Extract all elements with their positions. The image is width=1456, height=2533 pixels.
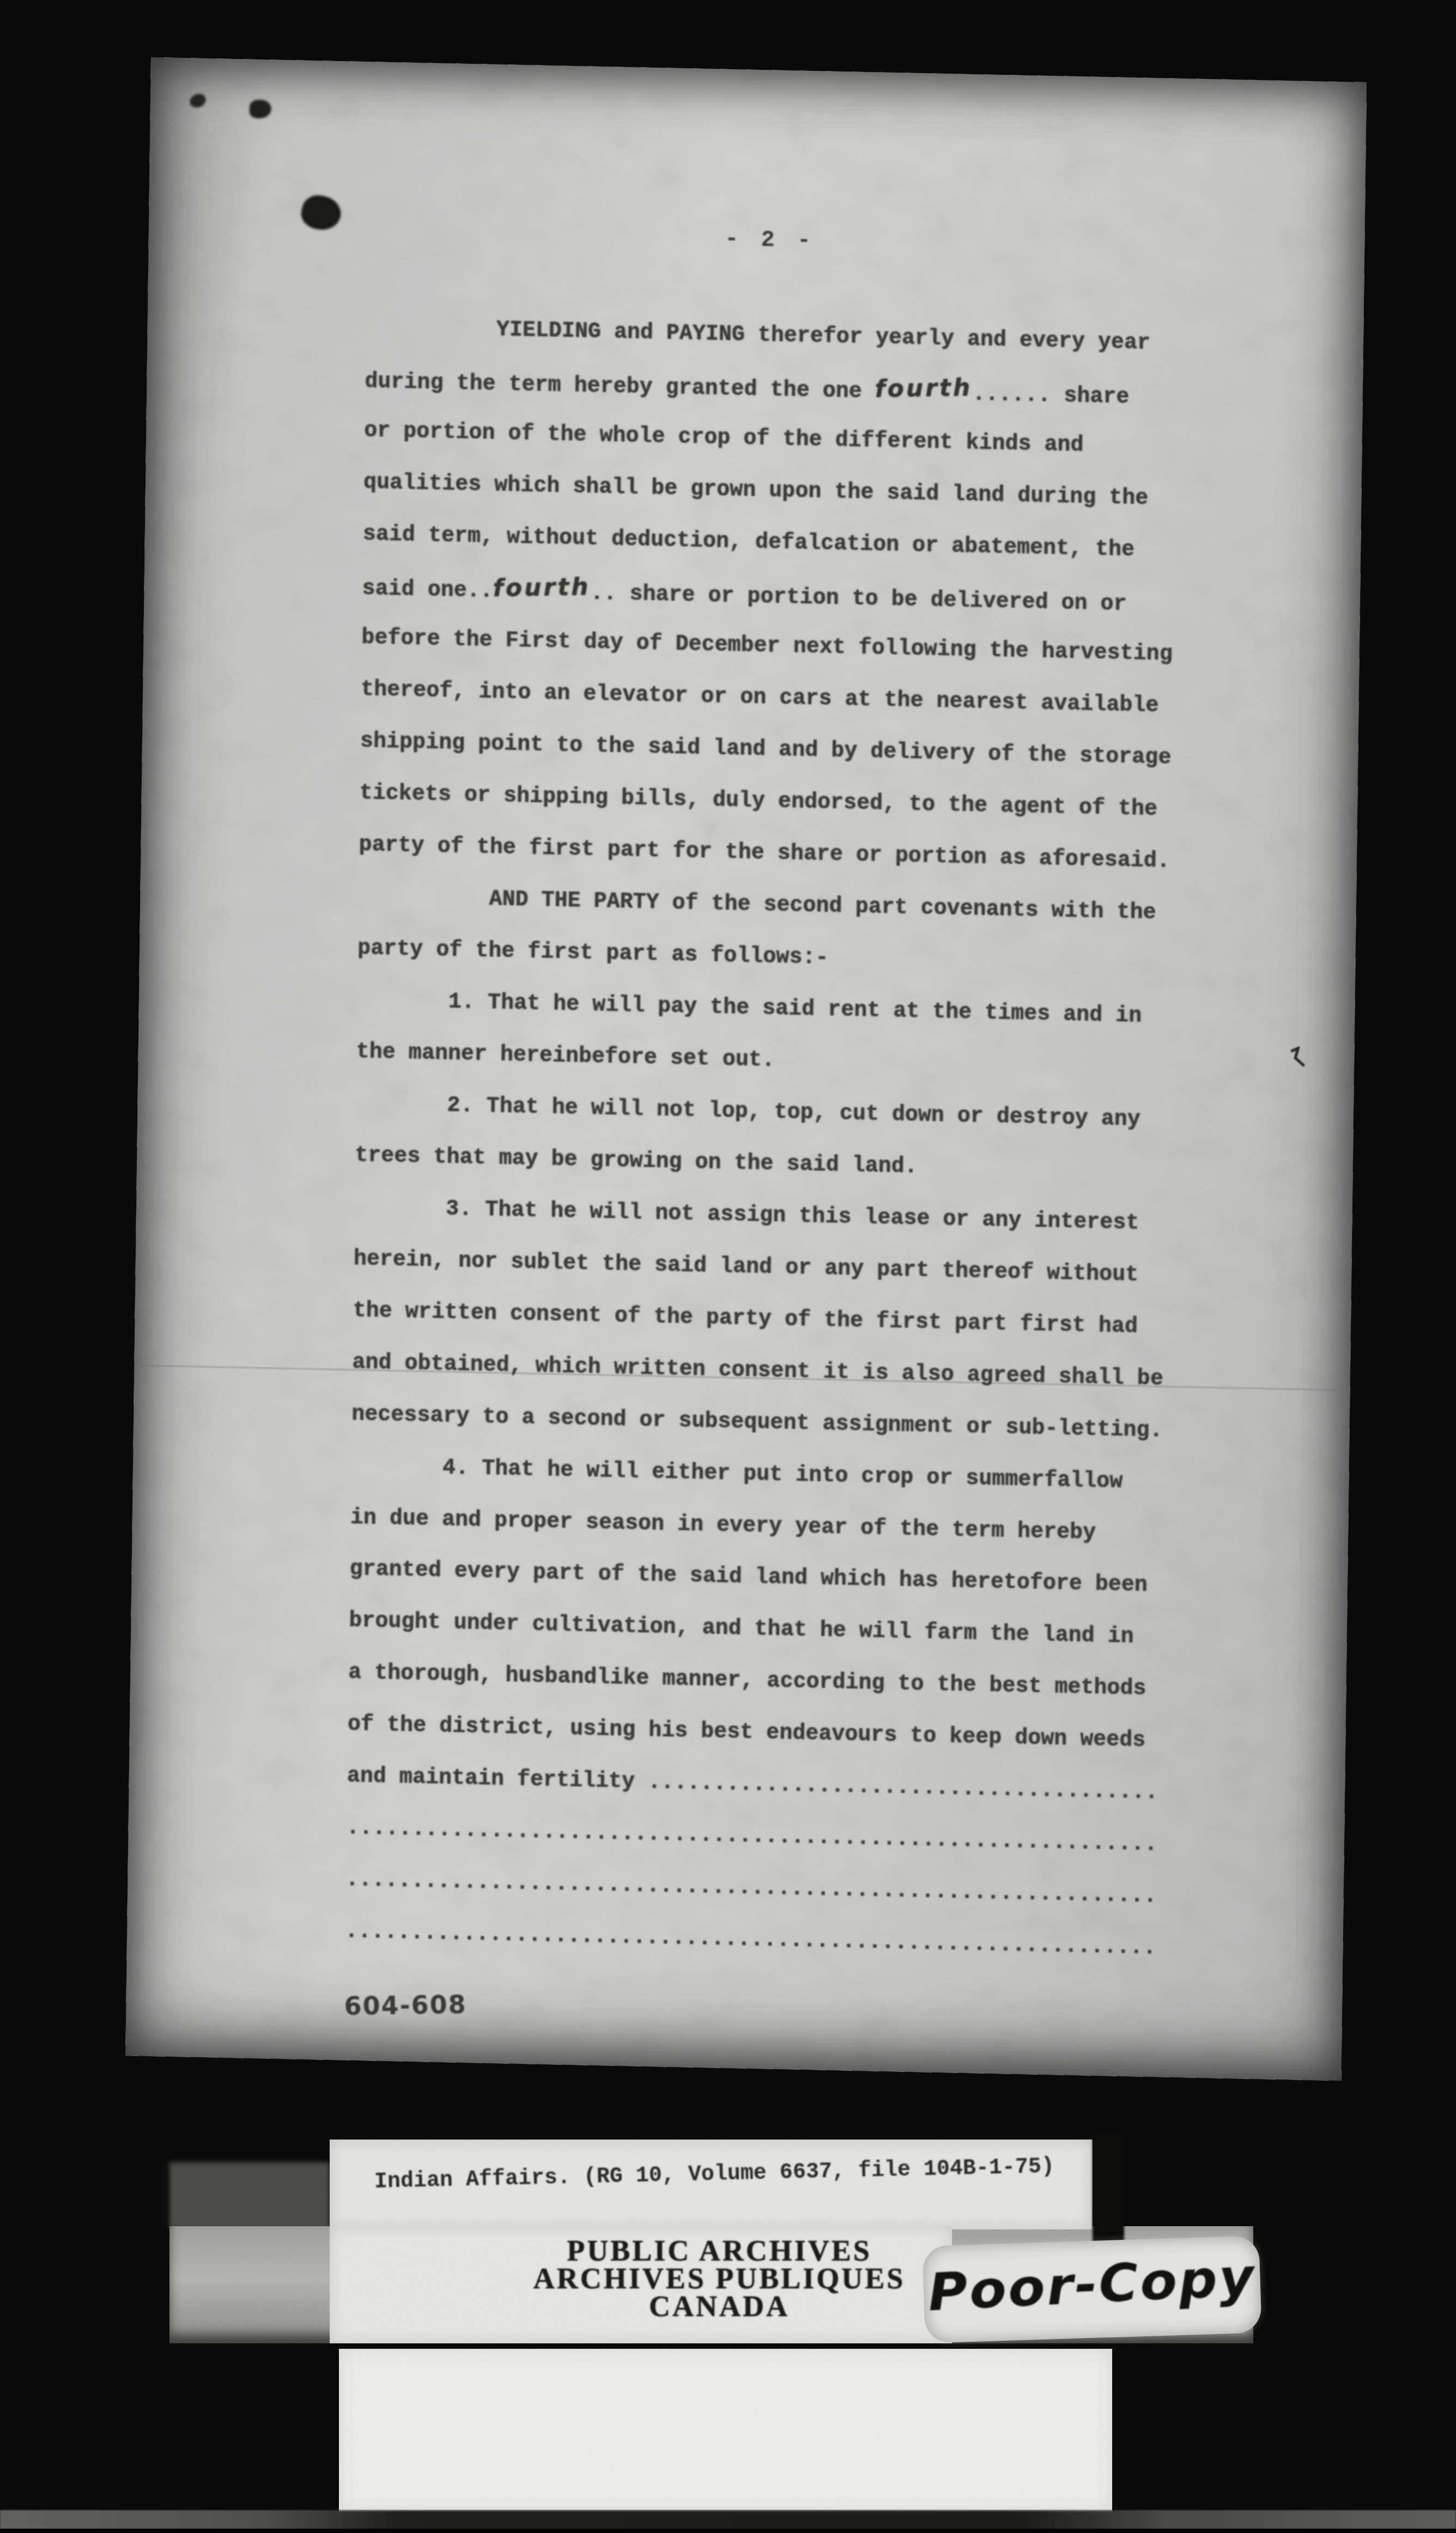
poor-copy-stamp: Poor-Copy bbox=[915, 2247, 1268, 2324]
backing-strip-tab bbox=[169, 2162, 330, 2229]
page-number: - 2 - bbox=[367, 219, 1174, 261]
typed-text: .. share or portion to be delivered on o… bbox=[590, 581, 1127, 617]
typed-text: of the district, using his best endeavou… bbox=[348, 1712, 1146, 1753]
typed-text: herein, nor sublet the said land or any … bbox=[354, 1247, 1139, 1288]
typed-text: trees that may be growing on the said la… bbox=[355, 1143, 918, 1179]
typed-text: ........................................… bbox=[345, 1919, 1156, 1961]
document-page: - 2 - YIELDING and PAYING therefor yearl… bbox=[125, 57, 1367, 2081]
typed-text: granted every part of the said land whic… bbox=[349, 1558, 1148, 1598]
typed-text: YIELDING and PAYING therefor yearly and … bbox=[496, 318, 1151, 356]
typed-text: ........................................… bbox=[346, 1816, 1157, 1857]
typed-text: 4. That he will either put into crop or … bbox=[442, 1456, 1123, 1494]
typed-text: the written consent of the party of the … bbox=[353, 1299, 1138, 1340]
typed-text: in due and proper season in every year o… bbox=[350, 1506, 1096, 1546]
typed-text: ........................................… bbox=[345, 1868, 1157, 1909]
handwritten-page-range: 604-608 bbox=[344, 1990, 467, 2021]
typed-text: AND THE PARTY of the second part covenan… bbox=[489, 887, 1156, 925]
typed-text: the manner hereinbefore set out. bbox=[356, 1040, 775, 1073]
typed-text-block: YIELDING and PAYING therefor yearly and … bbox=[345, 301, 1189, 1974]
typed-text: party of the first part for the share or… bbox=[359, 833, 1170, 874]
handwritten-insert: fourth bbox=[493, 561, 591, 615]
typed-text: brought under cultivation, and that he w… bbox=[349, 1609, 1134, 1650]
scan-background: - 2 - YIELDING and PAYING therefor yearl… bbox=[0, 0, 1456, 2533]
bottom-blank-sheet bbox=[339, 2349, 1112, 2512]
typed-text: and maintain fertility .................… bbox=[347, 1764, 1158, 1805]
stamp-line-french: ARCHIVES PUBLIQUES bbox=[509, 2265, 929, 2293]
typed-text: ...... share bbox=[972, 382, 1130, 410]
typed-text: or portion of the whole crop of the diff… bbox=[364, 419, 1084, 458]
ink-blob bbox=[298, 192, 344, 234]
typed-text: party of the first part as follows:- bbox=[357, 936, 829, 971]
stamp-line-country: CANADA bbox=[509, 2293, 929, 2320]
typed-text: thereof, into an elevator or on cars at … bbox=[361, 677, 1159, 718]
squiggle-mark-icon bbox=[1289, 1046, 1308, 1069]
film-edge bbox=[0, 2529, 1456, 2533]
typed-text: 1. That he will pay the said rent at the… bbox=[448, 990, 1142, 1028]
typed-text: tickets or shipping bills, duly endorsed… bbox=[360, 781, 1158, 822]
typed-text: during the term hereby granted the one bbox=[365, 369, 875, 404]
ink-speck bbox=[250, 100, 271, 119]
poor-copy-label: Poor-Copy bbox=[922, 2235, 1261, 2343]
public-archives-stamp: PUBLIC ARCHIVES ARCHIVES PUBLIQUES CANAD… bbox=[509, 2237, 929, 2320]
ink-squiggle bbox=[1289, 1046, 1308, 1071]
typed-text: qualities which shall be grown upon the … bbox=[363, 470, 1149, 511]
typed-text: necessary to a second or subsequent assi… bbox=[351, 1402, 1163, 1444]
paper-grain-texture bbox=[339, 2349, 1112, 2512]
citation-label: Indian Affairs. (RG 10, Volume 6637, fil… bbox=[330, 2140, 1093, 2229]
typed-text: said one.. bbox=[362, 577, 493, 604]
typed-text: 2. That he will not lop, top, cut down o… bbox=[447, 1093, 1140, 1132]
archive-citation: Indian Affairs. (RG 10, Volume 6637, fil… bbox=[374, 2155, 1054, 2195]
stamp-line-english: PUBLIC ARCHIVES bbox=[509, 2237, 929, 2265]
typed-text: and obtained, which written consent it i… bbox=[352, 1350, 1163, 1392]
handwritten-insert: fourth bbox=[875, 362, 973, 415]
typed-text: 3. That he will not assign this lease or… bbox=[446, 1197, 1139, 1235]
stamp-label: PUBLIC ARCHIVES ARCHIVES PUBLIQUES CANAD… bbox=[330, 2226, 952, 2343]
typed-text: before the First day of December next fo… bbox=[361, 626, 1173, 667]
typed-text: said term, without deduction, defalcatio… bbox=[363, 522, 1135, 562]
label-shadow-bar bbox=[1093, 2135, 1124, 2247]
typed-text: shipping point to the said land and by d… bbox=[360, 729, 1172, 771]
ink-speck bbox=[187, 92, 208, 110]
typed-text: a thorough, husbandlike manner, accordin… bbox=[348, 1661, 1146, 1701]
